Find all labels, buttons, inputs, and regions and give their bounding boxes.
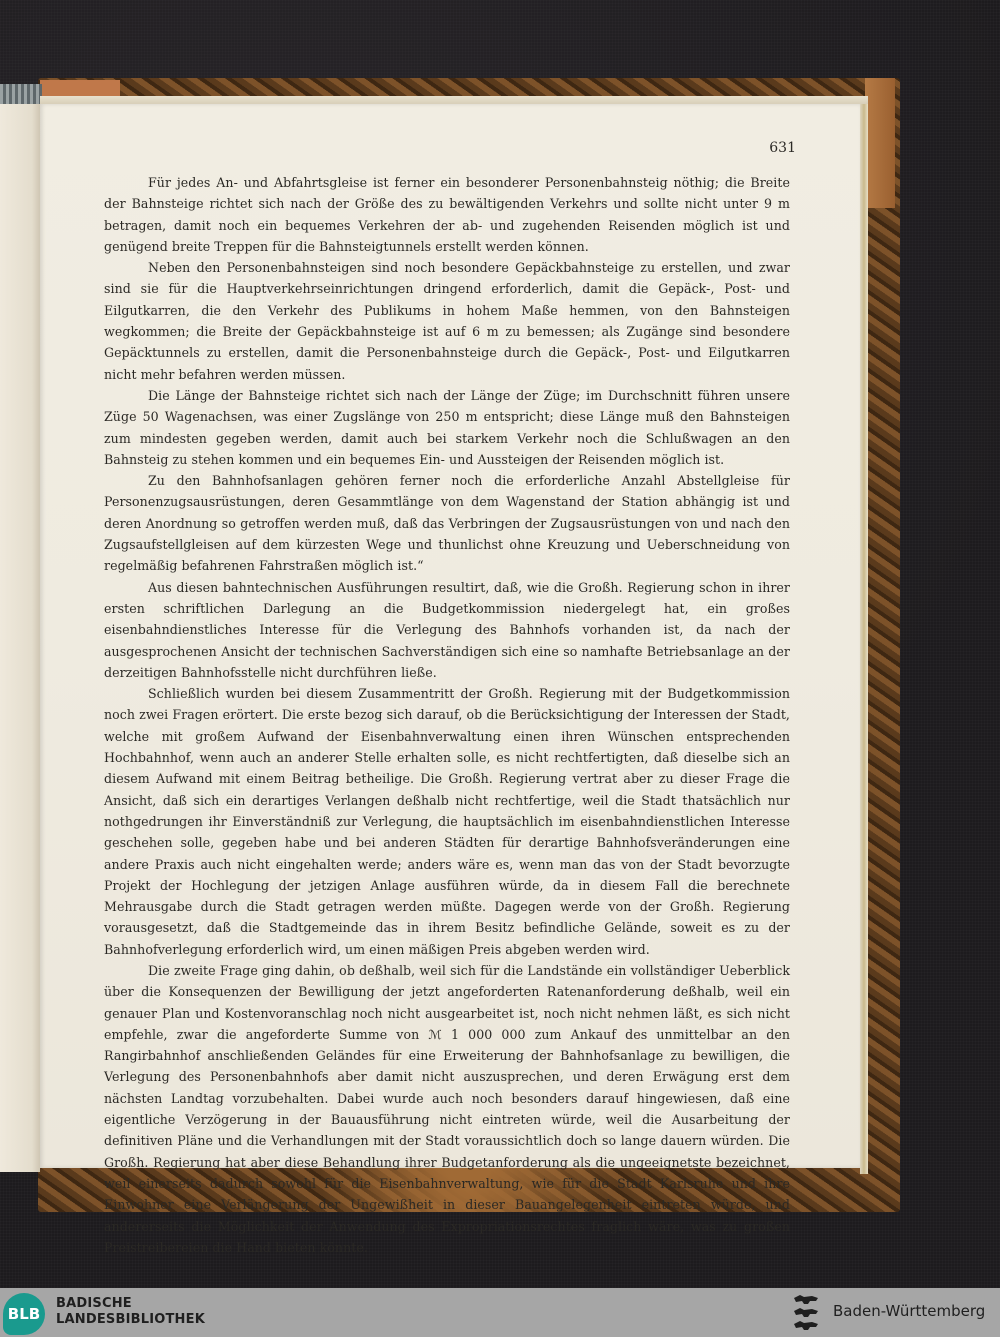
- leather-corner: [865, 78, 895, 208]
- page-number: 631: [760, 140, 796, 156]
- blb-logo-icon[interactable]: BLB: [3, 1293, 45, 1335]
- paragraph: Schließlich wurden bei diesem Zusammentr…: [104, 683, 790, 960]
- page-body-text: Für jedes An- und Abfahrtsgleise ist fer…: [104, 172, 790, 1258]
- paragraph: Zu den Bahnhofsanlagen gehören ferner no…: [104, 470, 790, 576]
- paragraph: Für jedes An- und Abfahrtsgleise ist fer…: [104, 172, 790, 257]
- blb-name-line1: BADISCHE: [56, 1296, 205, 1312]
- baden-wuerttemberg-label[interactable]: Baden-Württemberg: [833, 1302, 985, 1320]
- page-fore-edge: [860, 104, 868, 1174]
- paragraph: Die zweite Frage ging dahin, ob deßhalb,…: [104, 960, 790, 1258]
- paragraph: Die Länge der Bahnsteige richtet sich na…: [104, 385, 790, 470]
- binding-stitches: [0, 84, 42, 104]
- paragraph: Aus diesen bahntechnischen Ausführungen …: [104, 577, 790, 683]
- three-lions-emblem-icon: [790, 1292, 822, 1334]
- facing-page-edge: [0, 104, 40, 1172]
- paragraph: Neben den Personenbahnsteigen sind noch …: [104, 257, 790, 385]
- blb-library-name[interactable]: BADISCHE LANDESBIBLIOTHEK: [56, 1296, 205, 1328]
- page-top-edge: [40, 96, 868, 104]
- footer-bar: BLB BADISCHE LANDESBIBLIOTHEK Baden-Würt…: [0, 1288, 1000, 1337]
- blb-name-line2: LANDESBIBLIOTHEK: [56, 1312, 205, 1328]
